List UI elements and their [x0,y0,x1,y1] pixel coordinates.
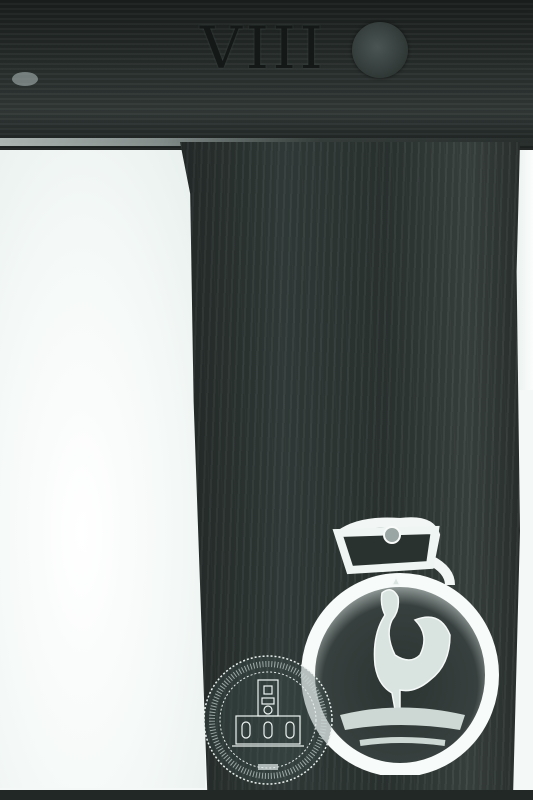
carpenters-mark: VIII [200,10,430,80]
plaster-infill-left [0,148,205,788]
horizontal-beam: VIII [0,0,533,150]
archive-seal-watermark-icon [200,652,336,788]
photograph: VIII [0,0,533,800]
peg-hole [352,22,408,78]
wood-knot [12,72,38,86]
slide-frame-edge [0,790,533,800]
carpenters-mark-numeral: VIII [200,14,327,82]
